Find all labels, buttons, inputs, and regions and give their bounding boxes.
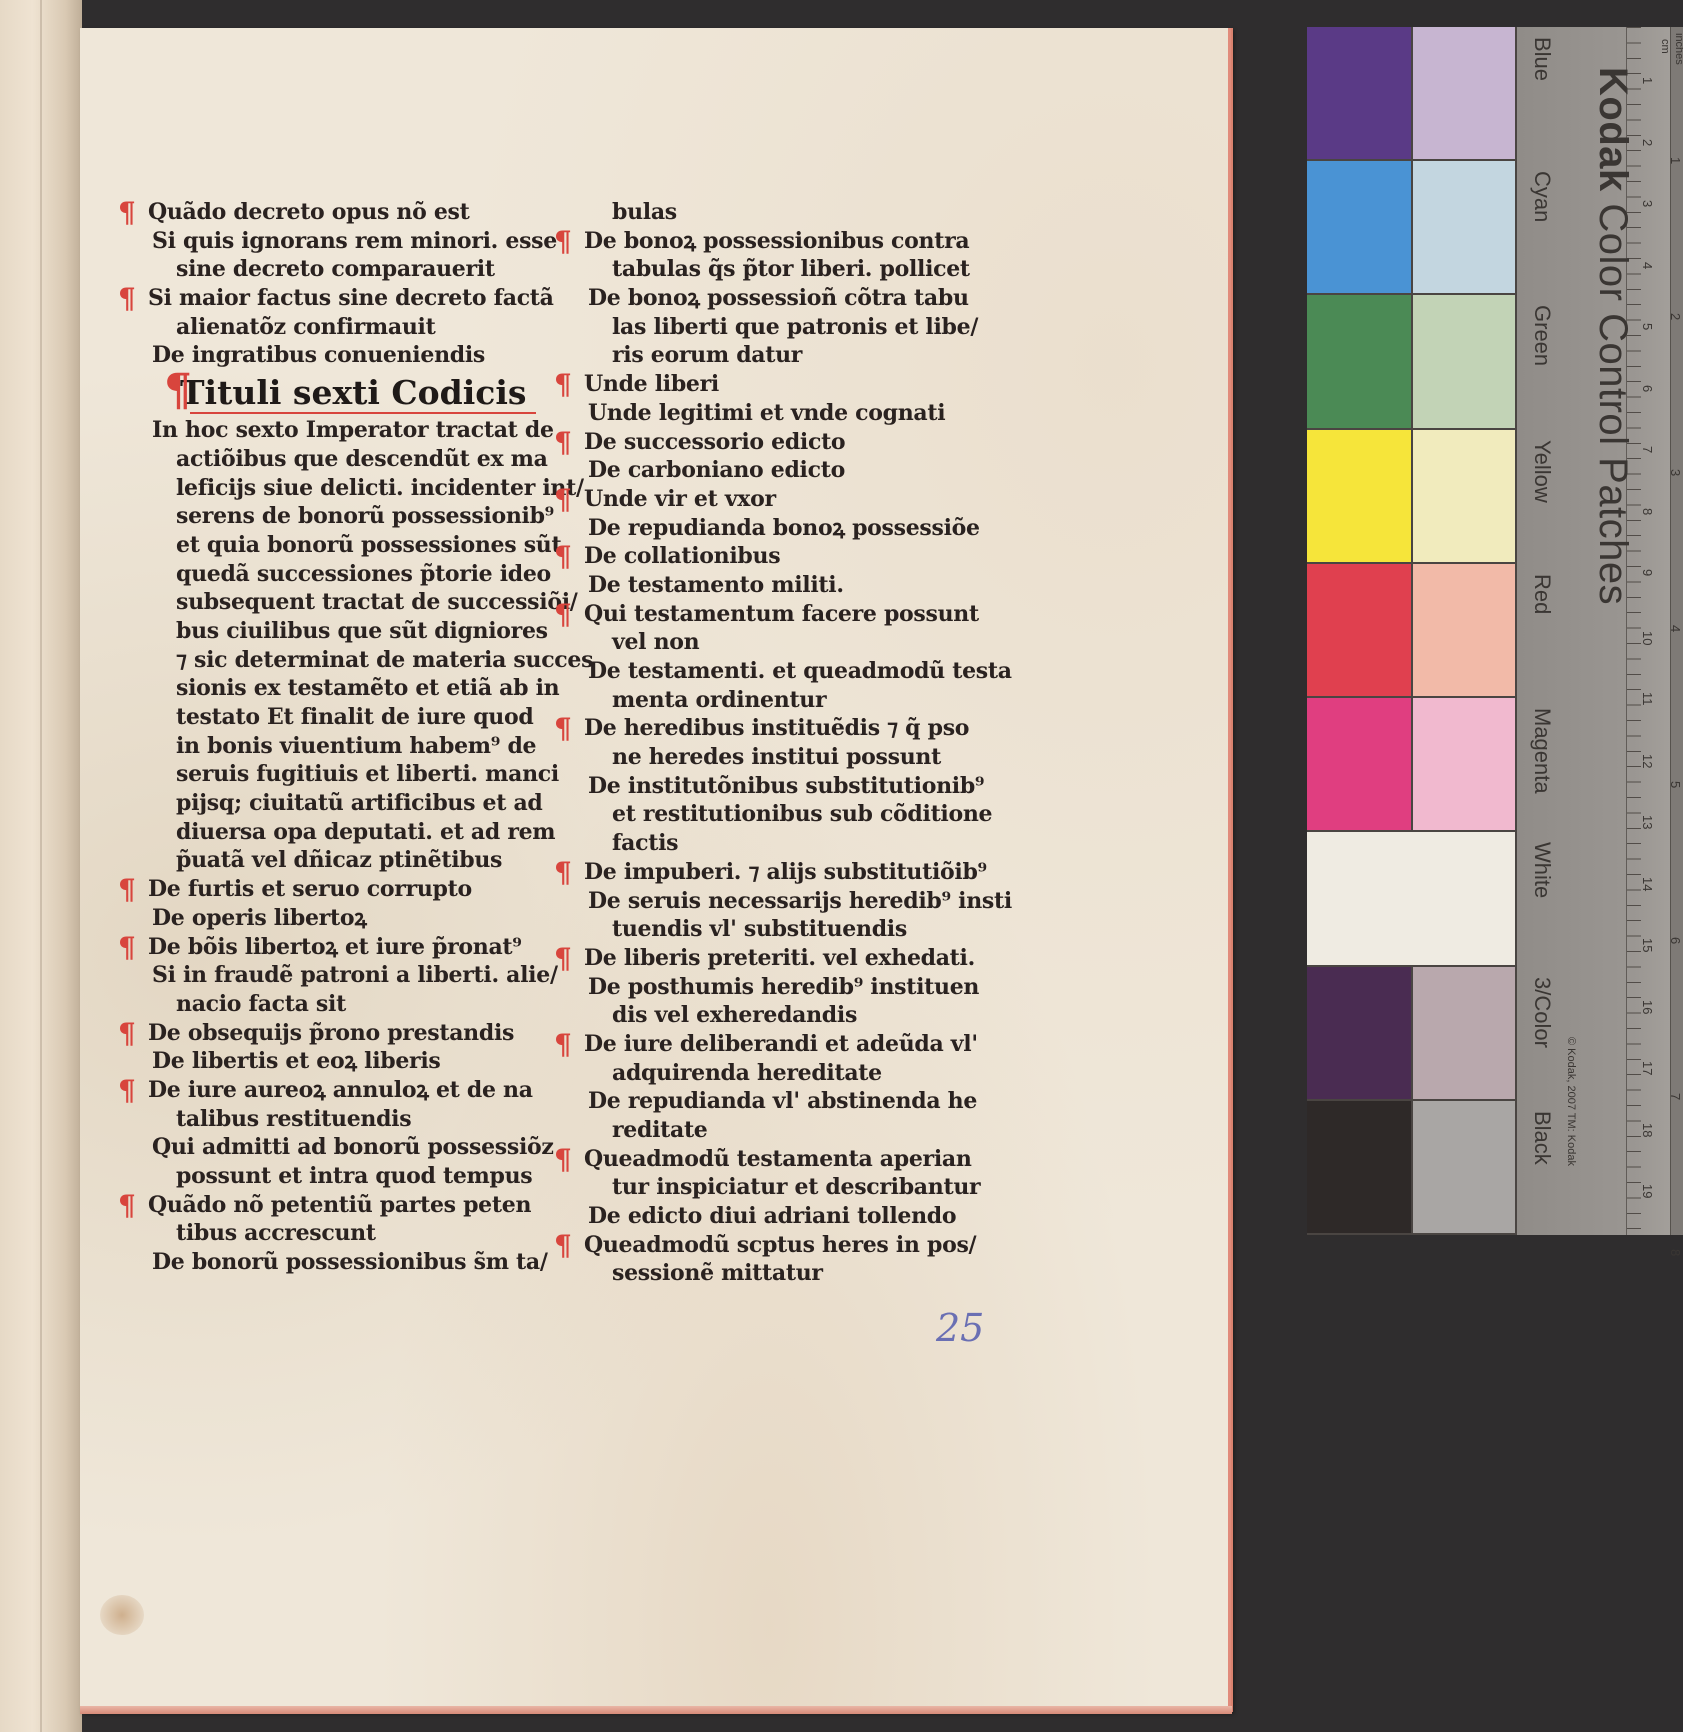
line-text: De bõis libertoꝝ et iure p̃ronat⁹ [124,934,522,960]
text-line: De repudianda bonoꝝ possessiõe [560,514,960,543]
line-text: tur inspiciatur et describantur [612,1174,980,1200]
rubric-entry: ¶De iure deliberandi et adeũda vl' [560,1030,960,1059]
line-text: tuendis vl' substituendis [612,916,907,942]
patch-label: Blue [1529,37,1555,81]
patch-label: 3/Color [1529,977,1555,1048]
cm-tick-label: 17 [1640,1061,1655,1075]
cm-tick-label: 13 [1640,815,1655,829]
text-line: in bonis viuentium habem⁹ de [124,732,534,761]
pilcrow-icon: ¶ [554,429,572,458]
cm-tick-label: 19 [1640,1184,1655,1198]
inch-tick-label: 7 [1668,1093,1683,1100]
pilcrow-icon: ¶ [554,945,572,974]
color-patch-light [1413,698,1517,832]
chart-title-text: Color Control Patches [1591,203,1635,605]
color-patch-grid [1307,27,1517,1235]
text-line: De edicto diui adriani tollendo [560,1202,960,1231]
brand-name: Kodak [1591,67,1635,192]
cm-tick-label: 16 [1640,1000,1655,1014]
color-patch-dark [1307,698,1413,832]
title-red-rule [190,412,536,414]
cm-tick-label: 2 [1640,139,1655,146]
line-text: Si quis ignorans rem minori. esse [152,228,557,254]
text-line: bulas [560,198,960,227]
line-text: Si in fraudẽ patroni a liberti. alie/ [152,962,558,988]
line-text: quedã successiones p̃torie ideo [176,561,551,587]
color-patch-dark [1307,295,1413,429]
pilcrow-icon: ¶ [554,1232,572,1261]
patch-row-green [1307,295,1517,429]
line-text: bus ciuilibus que sũt digniores [176,618,548,644]
text-line: nacio facta sit [124,990,534,1019]
patch-row-3-color [1307,967,1517,1101]
text-line: reditate [560,1116,960,1145]
pilcrow-icon: ¶ [554,715,572,744]
line-text: De ingratibus conueniendis [152,342,485,368]
text-line: tibus accrescunt [124,1219,534,1248]
color-patch-dark [1307,1101,1413,1235]
text-line: p̃uatã vel dñicaz ptinẽtibus [124,846,534,875]
line-text: et restitutionibus sub cõditione [612,801,992,827]
inch-tick-label: 6 [1668,937,1683,944]
patch-label: White [1529,842,1555,898]
text-line: De posthumis heredib⁹ instituen [560,973,960,1002]
text-line: et quia bonorũ possessiones sũt [124,531,534,560]
line-text: Quãdo decreto opus nõ est [124,199,469,225]
line-text: ⁊ sic determinat de materia succes [176,647,593,673]
inch-tick-label: 2 [1668,313,1683,320]
pilcrow-icon: ¶ [554,859,572,888]
cm-tick-label: 14 [1640,877,1655,891]
line-text: diuersa opa deputati. et ad rem [176,819,555,845]
line-text: seruis fugitiuis et liberti. manci [176,761,559,787]
line-text: subsequent tractat de successiõi/ [176,589,577,615]
text-line: De libertis et eoꝝ liberis [124,1047,534,1076]
text-line: quedã successiones p̃torie ideo [124,560,534,589]
patch-label: Green [1529,305,1555,366]
text-line: vel non [560,628,960,657]
pilcrow-icon: ¶ [118,1192,136,1221]
text-line: De carboniano edicto [560,456,960,485]
text-line: et restitutionibus sub cõditione [560,800,960,829]
inch-tick-label: 4 [1668,625,1683,632]
text-line: De bonoꝝ possessioñ cõtra tabu [560,284,960,313]
pilcrow-icon: ¶ [118,199,136,228]
rubric-entry: ¶De bõis libertoꝝ et iure p̃ronat⁹ [124,933,534,962]
line-text: nacio facta sit [176,991,346,1017]
line-text: De bonorũ possessionibus s̃m ta/ [152,1249,548,1275]
rubric-entry: ¶De impuberi. ⁊ alijs substitutiõib⁹ [560,858,960,887]
color-patch-dark [1307,564,1413,698]
color-patch [1307,832,1517,966]
text-line: ris eorum datur [560,341,960,370]
folio-number-handwritten: 25 [936,1306,984,1350]
line-text: bulas [612,199,677,225]
inch-tick-label: 3 [1668,469,1683,476]
text-line: factis [560,829,960,858]
line-text: pijsq; ciuitatũ artificibus et ad [176,790,543,816]
left-column: ¶Quãdo decreto opus nõ estSi quis ignora… [124,198,534,1277]
line-text: dis vel exheredandis [612,1002,857,1028]
cm-tick-label: 4 [1640,262,1655,269]
text-line: ⁊ sic determinat de materia succes [124,646,534,675]
cm-tick-label: 5 [1640,323,1655,330]
text-line: actiõibus que descendũt ex ma [124,445,534,474]
line-text: tibus accrescunt [176,1220,376,1246]
patch-label: Yellow [1529,440,1555,503]
text-line: seruis fugitiuis et liberti. manci [124,760,534,789]
color-patch-light [1413,967,1517,1101]
patch-label: Cyan [1529,171,1555,222]
line-text: tabulas q̃s p̃tor liberi. pollicet [612,256,970,282]
text-line: tabulas q̃s p̃tor liberi. pollicet [560,255,960,284]
line-text: De posthumis heredib⁹ instituen [588,974,979,1000]
text-line: adquirenda hereditate [560,1059,960,1088]
cm-tick-label: 9 [1640,569,1655,576]
right-column: bulas¶De bonoꝝ possessionibus contratabu… [560,198,960,1288]
line-text: In hoc sexto Imperator tractat de [152,417,554,443]
rubric-entry: ¶De furtis et seruo corrupto [124,875,534,904]
line-text: sionis ex testamẽto et etiã ab in [176,675,559,701]
rubric-entry: ¶Quãdo nõ petentiũ partes peten [124,1191,534,1220]
text-line: pijsq; ciuitatũ artificibus et ad [124,789,534,818]
pilcrow-icon: ¶ [554,486,572,515]
line-text: De iure deliberandi et adeũda vl' [560,1031,978,1057]
color-patch-light [1413,1101,1517,1235]
line-text: De obsequijs p̃rono prestandis [124,1020,514,1046]
text-line: las liberti que patronis et libe/ [560,313,960,342]
chart-label-strip: 1234567891011121314151617181912345678 Ko… [1517,27,1683,1235]
patch-label: Black [1529,1111,1555,1165]
color-patch-dark [1307,430,1413,564]
line-text: Si maior factus sine decreto factã [124,285,554,311]
line-text: De collationibus [560,543,780,569]
line-text: Qui testamentum facere possunt [560,601,979,627]
line-text: et quia bonorũ possessiones sũt [176,532,561,558]
line-text: Queadmodũ testamenta aperian [560,1146,972,1172]
color-patch-dark [1307,967,1413,1101]
color-patch-light [1413,564,1517,698]
patch-row-red [1307,564,1517,698]
text-line: testato Et finalit de iure quod [124,703,534,732]
text-line: In hoc sexto Imperator tractat de [124,416,534,445]
patch-row-black [1307,1101,1517,1235]
color-patch-dark [1307,161,1413,295]
line-text: talibus restituendis [176,1106,411,1132]
line-text: De iure aureoꝝ annuloꝝ et de na [124,1077,533,1103]
pilcrow-icon: ¶ [554,1031,572,1060]
rubric-entry: ¶Unde liberi [560,370,960,399]
pilcrow-icon: ¶ [118,934,136,963]
color-patch-light [1413,161,1517,295]
text-line: ne heredes institui possunt [560,743,960,772]
patch-label: Magenta [1529,708,1555,794]
line-text: menta ordinentur [612,687,826,713]
text-line: De operis libertoꝝ [124,904,534,933]
line-text: sine decreto comparauerit [176,256,495,282]
pilcrow-icon: ¶ [554,371,572,400]
line-text: Quãdo nõ petentiũ partes peten [124,1192,531,1218]
rubric-entry: ¶Unde vir et vxor [560,485,960,514]
rubric-entry: ¶De liberis preteriti. vel exhedati. [560,944,960,973]
inch-tick-label: 8 [1668,1249,1683,1256]
line-text: sessionẽ mittatur [612,1260,823,1286]
line-text: De testamenti. et queadmodũ testa [588,658,1012,684]
pilcrow-icon: ¶ [164,368,192,414]
line-text: De liberis preteriti. vel exhedati. [560,945,975,971]
rubric-entry: ¶De heredibus instituẽdis ⁊ q̃ pso [560,714,960,743]
scan-scene: ¶Quãdo decreto opus nõ estSi quis ignora… [0,0,1683,1732]
text-line: subsequent tractat de successiõi/ [124,588,534,617]
rubric-entry: ¶De successorio edicto [560,428,960,457]
cm-tick-label: 15 [1640,938,1655,952]
cm-tick-label: 3 [1640,200,1655,207]
text-line: diuersa opa deputati. et ad rem [124,818,534,847]
line-text: De seruis necessarijs heredib⁹ insti [588,888,1012,914]
line-text: leficijs siue delicti. incidenter int/ [176,475,584,501]
patch-row-cyan [1307,161,1517,295]
pilcrow-icon: ¶ [554,601,572,630]
patch-row-white [1307,832,1517,966]
color-patch-dark [1307,27,1413,161]
section-title: ¶ Tituli sexti Codicis [124,370,534,416]
line-text: De repudianda vl' abstinenda he [588,1088,977,1114]
cm-tick-label: 8 [1640,508,1655,515]
line-text: Unde legitimi et vnde cognati [588,400,945,426]
line-text: De furtis et seruo corrupto [124,876,472,902]
line-text: ne heredes institui possunt [612,744,941,770]
text-line: bus ciuilibus que sũt digniores [124,617,534,646]
line-text: actiõibus que descendũt ex ma [176,446,548,472]
cm-tick-label: 7 [1640,446,1655,453]
color-patch-light [1413,430,1517,564]
pilcrow-icon: ¶ [118,1020,136,1049]
page-red-edge [80,1706,1232,1714]
patch-row-blue [1307,27,1517,161]
line-text: De bonoꝝ possessionibus contra [560,228,969,254]
rubric-entry: ¶Qui testamentum facere possunt [560,600,960,629]
text-line: De repudianda vl' abstinenda he [560,1087,960,1116]
rubric-entry: ¶De bonoꝝ possessionibus contra [560,227,960,256]
line-text: las liberti que patronis et libe/ [612,314,978,340]
inch-tick-label: 5 [1668,781,1683,788]
rubric-entry: ¶Queadmodũ scptus heres in pos/ [560,1231,960,1260]
color-patch-light [1413,295,1517,429]
pilcrow-icon: ¶ [118,876,136,905]
pilcrow-icon: ¶ [118,1077,136,1106]
rubric-entry: ¶Quãdo decreto opus nõ est [124,198,534,227]
line-text: De bonoꝝ possessioñ cõtra tabu [588,285,969,311]
left-column-post-title: In hoc sexto Imperator tractat deactiõib… [124,416,534,1277]
text-line: De bonorũ possessionibus s̃m ta/ [124,1248,534,1277]
text-line: Si in fraudẽ patroni a liberti. alie/ [124,961,534,990]
text-line: possunt et intra quod tempus [124,1162,534,1191]
kodak-color-chart: 1234567891011121314151617181912345678 Ko… [1307,27,1683,1235]
text-line: De institutõnibus substitutionib⁹ [560,772,960,801]
line-text: serens de bonorũ possessionib⁹ [176,503,554,529]
line-text: Unde vir et vxor [560,486,776,512]
text-line: Si quis ignorans rem minori. esse [124,227,534,256]
cm-unit-label: cm [1659,39,1671,54]
rubric-entry: ¶De iure aureoꝝ annuloꝝ et de na [124,1076,534,1105]
line-text: De heredibus instituẽdis ⁊ q̃ pso [560,715,969,741]
line-text: De repudianda bonoꝝ possessiõe [588,515,980,541]
line-text: testato Et finalit de iure quod [176,704,533,730]
text-line: tuendis vl' substituendis [560,915,960,944]
section-title-text: Tituli sexti Codicis [180,373,527,412]
line-text: possunt et intra quod tempus [176,1163,532,1189]
text-line: alienatõz confirmauit [124,313,534,342]
pilcrow-icon: ¶ [554,228,572,257]
cm-tick-label: 10 [1640,631,1655,645]
line-text: De testamento militi. [588,572,844,598]
right-column-lines: bulas¶De bonoꝝ possessionibus contratabu… [560,198,960,1288]
text-line: serens de bonorũ possessionib⁹ [124,502,534,531]
inch-tick-label: 1 [1668,157,1683,164]
line-text: adquirenda hereditate [612,1060,882,1086]
cm-tick-label: 18 [1640,1123,1655,1137]
pilcrow-icon: ¶ [118,285,136,314]
foxing-stain [100,1595,144,1635]
cm-tick-label: 11 [1640,692,1655,706]
text-line: sine decreto comparauerit [124,255,534,284]
cm-tick-label: 6 [1640,385,1655,392]
text-line: De testamenti. et queadmodũ testa [560,657,960,686]
rubric-entry: ¶Si maior factus sine decreto factã [124,284,534,313]
gutter [40,0,42,1732]
patch-row-magenta [1307,698,1517,832]
text-line: dis vel exheredandis [560,1001,960,1030]
text-line: leficijs siue delicti. incidenter int/ [124,474,534,503]
line-text: De operis libertoꝝ [152,905,367,931]
text-line: menta ordinentur [560,686,960,715]
line-text: De successorio edicto [560,429,845,455]
text-line: tur inspiciatur et describantur [560,1173,960,1202]
copyright-text: © Kodak, 2007 TM: Kodak [1565,1037,1577,1166]
chart-title: Kodak Color Control Patches [1590,67,1635,605]
line-text: Queadmodũ scptus heres in pos/ [560,1232,976,1258]
pilcrow-icon: ¶ [554,543,572,572]
rubric-entry: ¶De collationibus [560,542,960,571]
line-text: Qui admitti ad bonorũ possessiõz [152,1134,554,1160]
rubric-entry: ¶De obsequijs p̃rono prestandis [124,1019,534,1048]
line-text: ris eorum datur [612,342,802,368]
text-line: Qui admitti ad bonorũ possessiõz [124,1133,534,1162]
patch-row-yellow [1307,430,1517,564]
text-line: De seruis necessarijs heredib⁹ insti [560,887,960,916]
text-line: sessionẽ mittatur [560,1259,960,1288]
line-text: De institutõnibus substitutionib⁹ [588,773,984,799]
line-text: in bonis viuentium habem⁹ de [176,733,536,759]
rubric-entry: ¶Queadmodũ testamenta aperian [560,1145,960,1174]
inch-unit-label: inches [1673,33,1683,65]
text-line: De testamento militi. [560,571,960,600]
line-text: Unde liberi [560,371,719,397]
pilcrow-icon: ¶ [554,1146,572,1175]
line-text: De carboniano edicto [588,457,845,483]
line-text: De libertis et eoꝝ liberis [152,1048,440,1074]
cm-tick-label: 1 [1640,77,1655,84]
line-text: vel non [612,629,699,655]
line-text: De edicto diui adriani tollendo [588,1203,956,1229]
line-text: p̃uatã vel dñicaz ptinẽtibus [176,847,502,873]
text-line: talibus restituendis [124,1105,534,1134]
cm-tick-label: 12 [1640,754,1655,768]
line-text: De impuberi. ⁊ alijs substitutiõib⁹ [560,859,987,885]
line-text: factis [612,830,678,856]
line-text: alienatõz confirmauit [176,314,435,340]
patch-label: Red [1529,574,1555,614]
text-line: Unde legitimi et vnde cognati [560,399,960,428]
left-column-pre-title: ¶Quãdo decreto opus nõ estSi quis ignora… [124,198,534,370]
text-line: sionis ex testamẽto et etiã ab in [124,674,534,703]
line-text: reditate [612,1117,708,1143]
color-patch-light [1413,27,1517,161]
